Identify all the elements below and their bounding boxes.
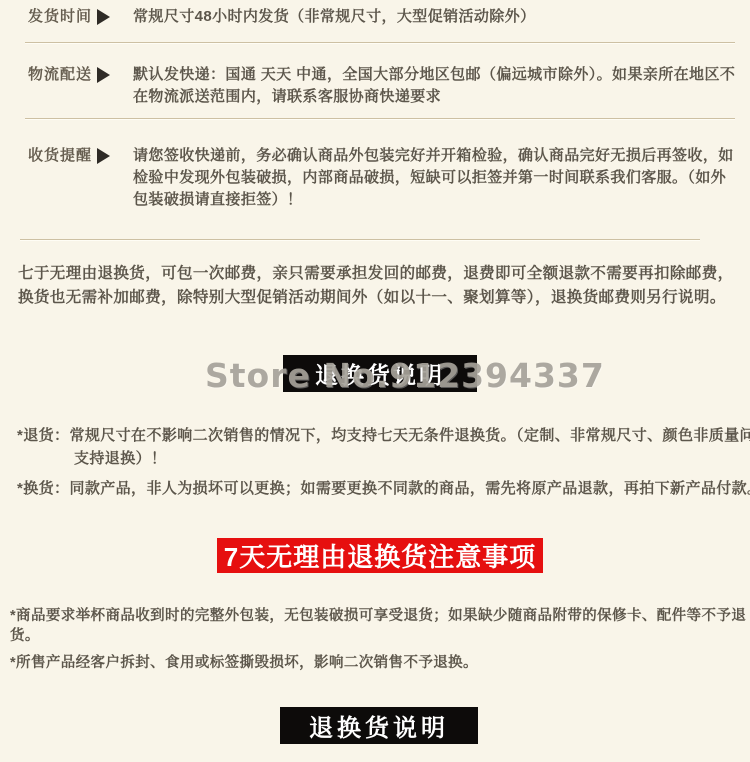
exchange-term-item: *换货：同款产品，非人为损坏可以更换；如需要更换不同款的商品，需先将原产品退款，… (17, 477, 750, 500)
seven-day-notice-banner: 7天无理由退换货注意事项 (217, 538, 543, 573)
receipt-reminder-label: 收货提醒 (28, 145, 92, 166)
return-term-label: *退货： (17, 427, 69, 444)
exchange-term-label: *换货： (17, 480, 69, 497)
return-instructions-banner: 退换货说明 (283, 355, 477, 392)
logistics-label: 物流配送 (28, 64, 92, 85)
logistics-row: 物流配送 默认发快递：国通 天天 中通，全国大部分地区包邮（偏远城市除外）。如果… (28, 64, 740, 108)
return-term-text: 常规尺寸在不影响二次销售的情况下，均支持七天无条件退换货。（定制、非常规尺寸、颜… (69, 427, 750, 467)
exchange-term-text: 同款产品，非人为损坏可以更换；如需要更换不同款的商品，需先将原产品退款，再拍下新… (69, 480, 750, 497)
right-arrow-icon (97, 9, 123, 25)
note-packaging: *商品要求举杯商品收到时的完整外包装，无包装破损可享受退货；如果缺少随商品附带的… (10, 606, 748, 646)
return-term-item: *退货：常规尺寸在不影响二次销售的情况下，均支持七天无条件退换货。（定制、非常规… (17, 424, 750, 470)
logistics-content: 默认发快递：国通 天天 中通，全国大部分地区包邮（偏远城市除外）。如果亲所在地区… (133, 64, 740, 108)
receipt-reminder-content: 请您签收快递前，务必确认商品外包装完好并开箱检验，确认商品完好无损后再签收，如检… (133, 145, 740, 211)
receipt-reminder-row: 收货提醒 请您签收快递前，务必确认商品外包装完好并开箱检验，确认商品完好无损后再… (28, 145, 740, 211)
return-instructions-banner-label: 退换货说明 (315, 357, 445, 390)
shipping-time-content: 常规尺寸48小时内发货（非常规尺寸，大型促销活动除外） (133, 6, 740, 28)
note-opened-product: *所售产品经客户拆封、食用或标签撕毁损坏，影响二次销售不予退换。 (10, 653, 748, 673)
right-arrow-icon (97, 148, 123, 164)
right-arrow-icon (97, 67, 123, 83)
divider (25, 42, 735, 43)
return-instructions-banner-bottom: 退换货说明 (280, 707, 478, 744)
return-postage-intro: 七于无理由退换货，可包一次邮费，亲只需要承担发回的邮费，退费即可全额退款不需要再… (18, 262, 736, 310)
shipping-time-row: 发货时间 常规尺寸48小时内发货（非常规尺寸，大型促销活动除外） (28, 6, 740, 28)
return-instructions-banner-bottom-label: 退换货说明 (309, 708, 449, 743)
divider (25, 118, 735, 119)
divider (20, 239, 700, 240)
product-policy-page: 发货时间 常规尺寸48小时内发货（非常规尺寸，大型促销活动除外） 物流配送 默认… (0, 0, 750, 762)
shipping-time-label: 发货时间 (28, 6, 92, 27)
seven-day-notice-banner-label: 7天无理由退换货注意事项 (224, 537, 536, 574)
